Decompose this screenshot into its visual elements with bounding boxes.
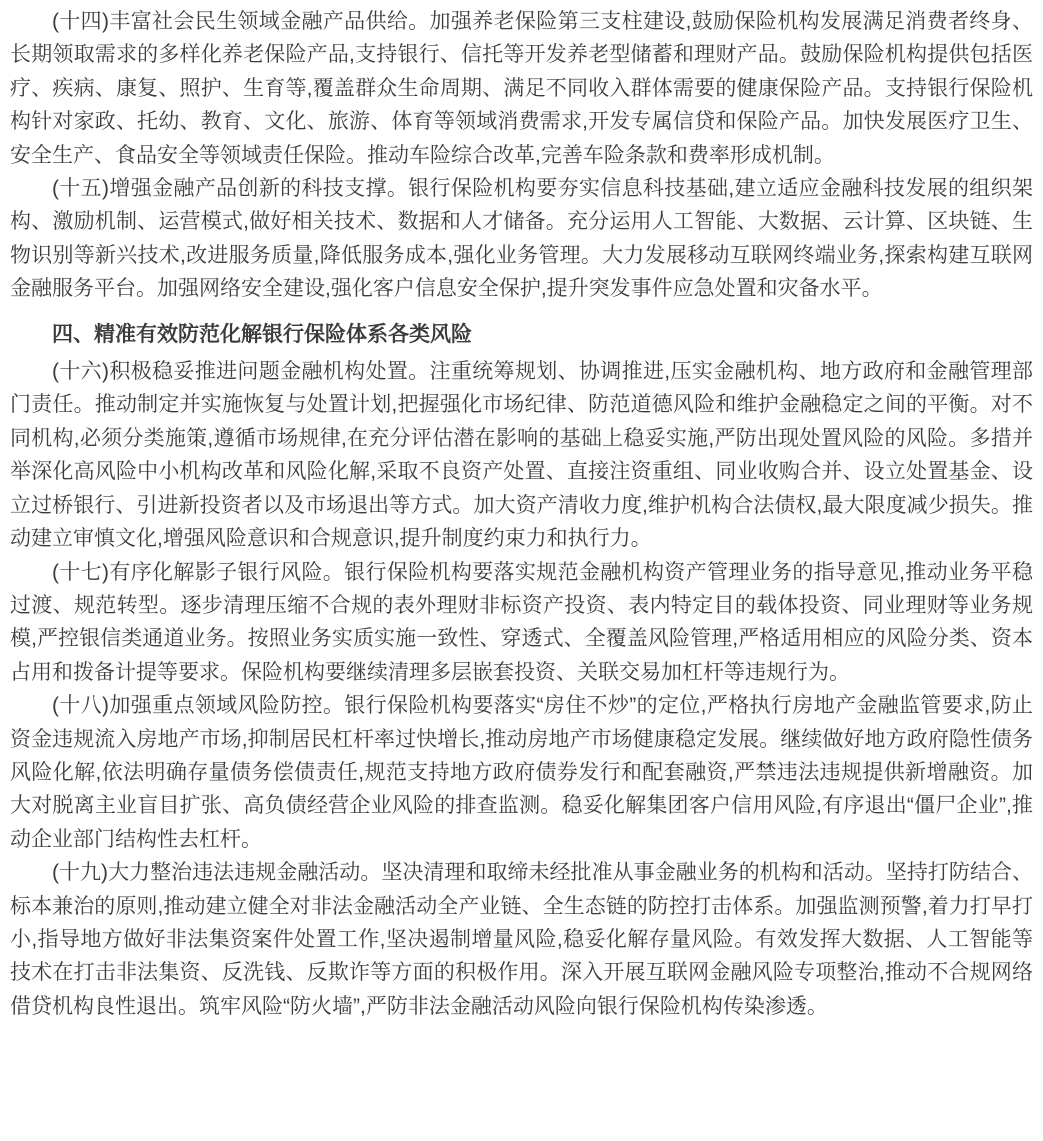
paragraph-item-17: (十七)有序化解影子银行风险。银行保险机构要落实规范金融机构资产管理业务的指导意… <box>10 556 1033 690</box>
paragraph-item-14: (十四)丰富社会民生领域金融产品供给。加强养老保险第三支柱建设,鼓励保险机构发展… <box>10 5 1033 172</box>
paragraph-item-16: (十六)积极稳妥推进问题金融机构处置。注重统筹规划、协调推进,压实金融机构、地方… <box>10 355 1033 555</box>
section-heading-4: 四、精准有效防范化解银行保险体系各类风险 <box>10 318 1033 351</box>
paragraph-item-19: (十九)大力整治违法违规金融活动。坚决清理和取缔未经批准从事金融业务的机构和活动… <box>10 856 1033 1023</box>
document-body: (十四)丰富社会民生领域金融产品供给。加强养老保险第三支柱建设,鼓励保险机构发展… <box>0 0 1043 1023</box>
paragraph-item-15: (十五)增强金融产品创新的科技支撑。银行保险机构要夯实信息科技基础,建立适应金融… <box>10 172 1033 306</box>
paragraph-item-18: (十八)加强重点领域风险防控。银行保险机构要落实“房住不炒”的定位,严格执行房地… <box>10 689 1033 856</box>
